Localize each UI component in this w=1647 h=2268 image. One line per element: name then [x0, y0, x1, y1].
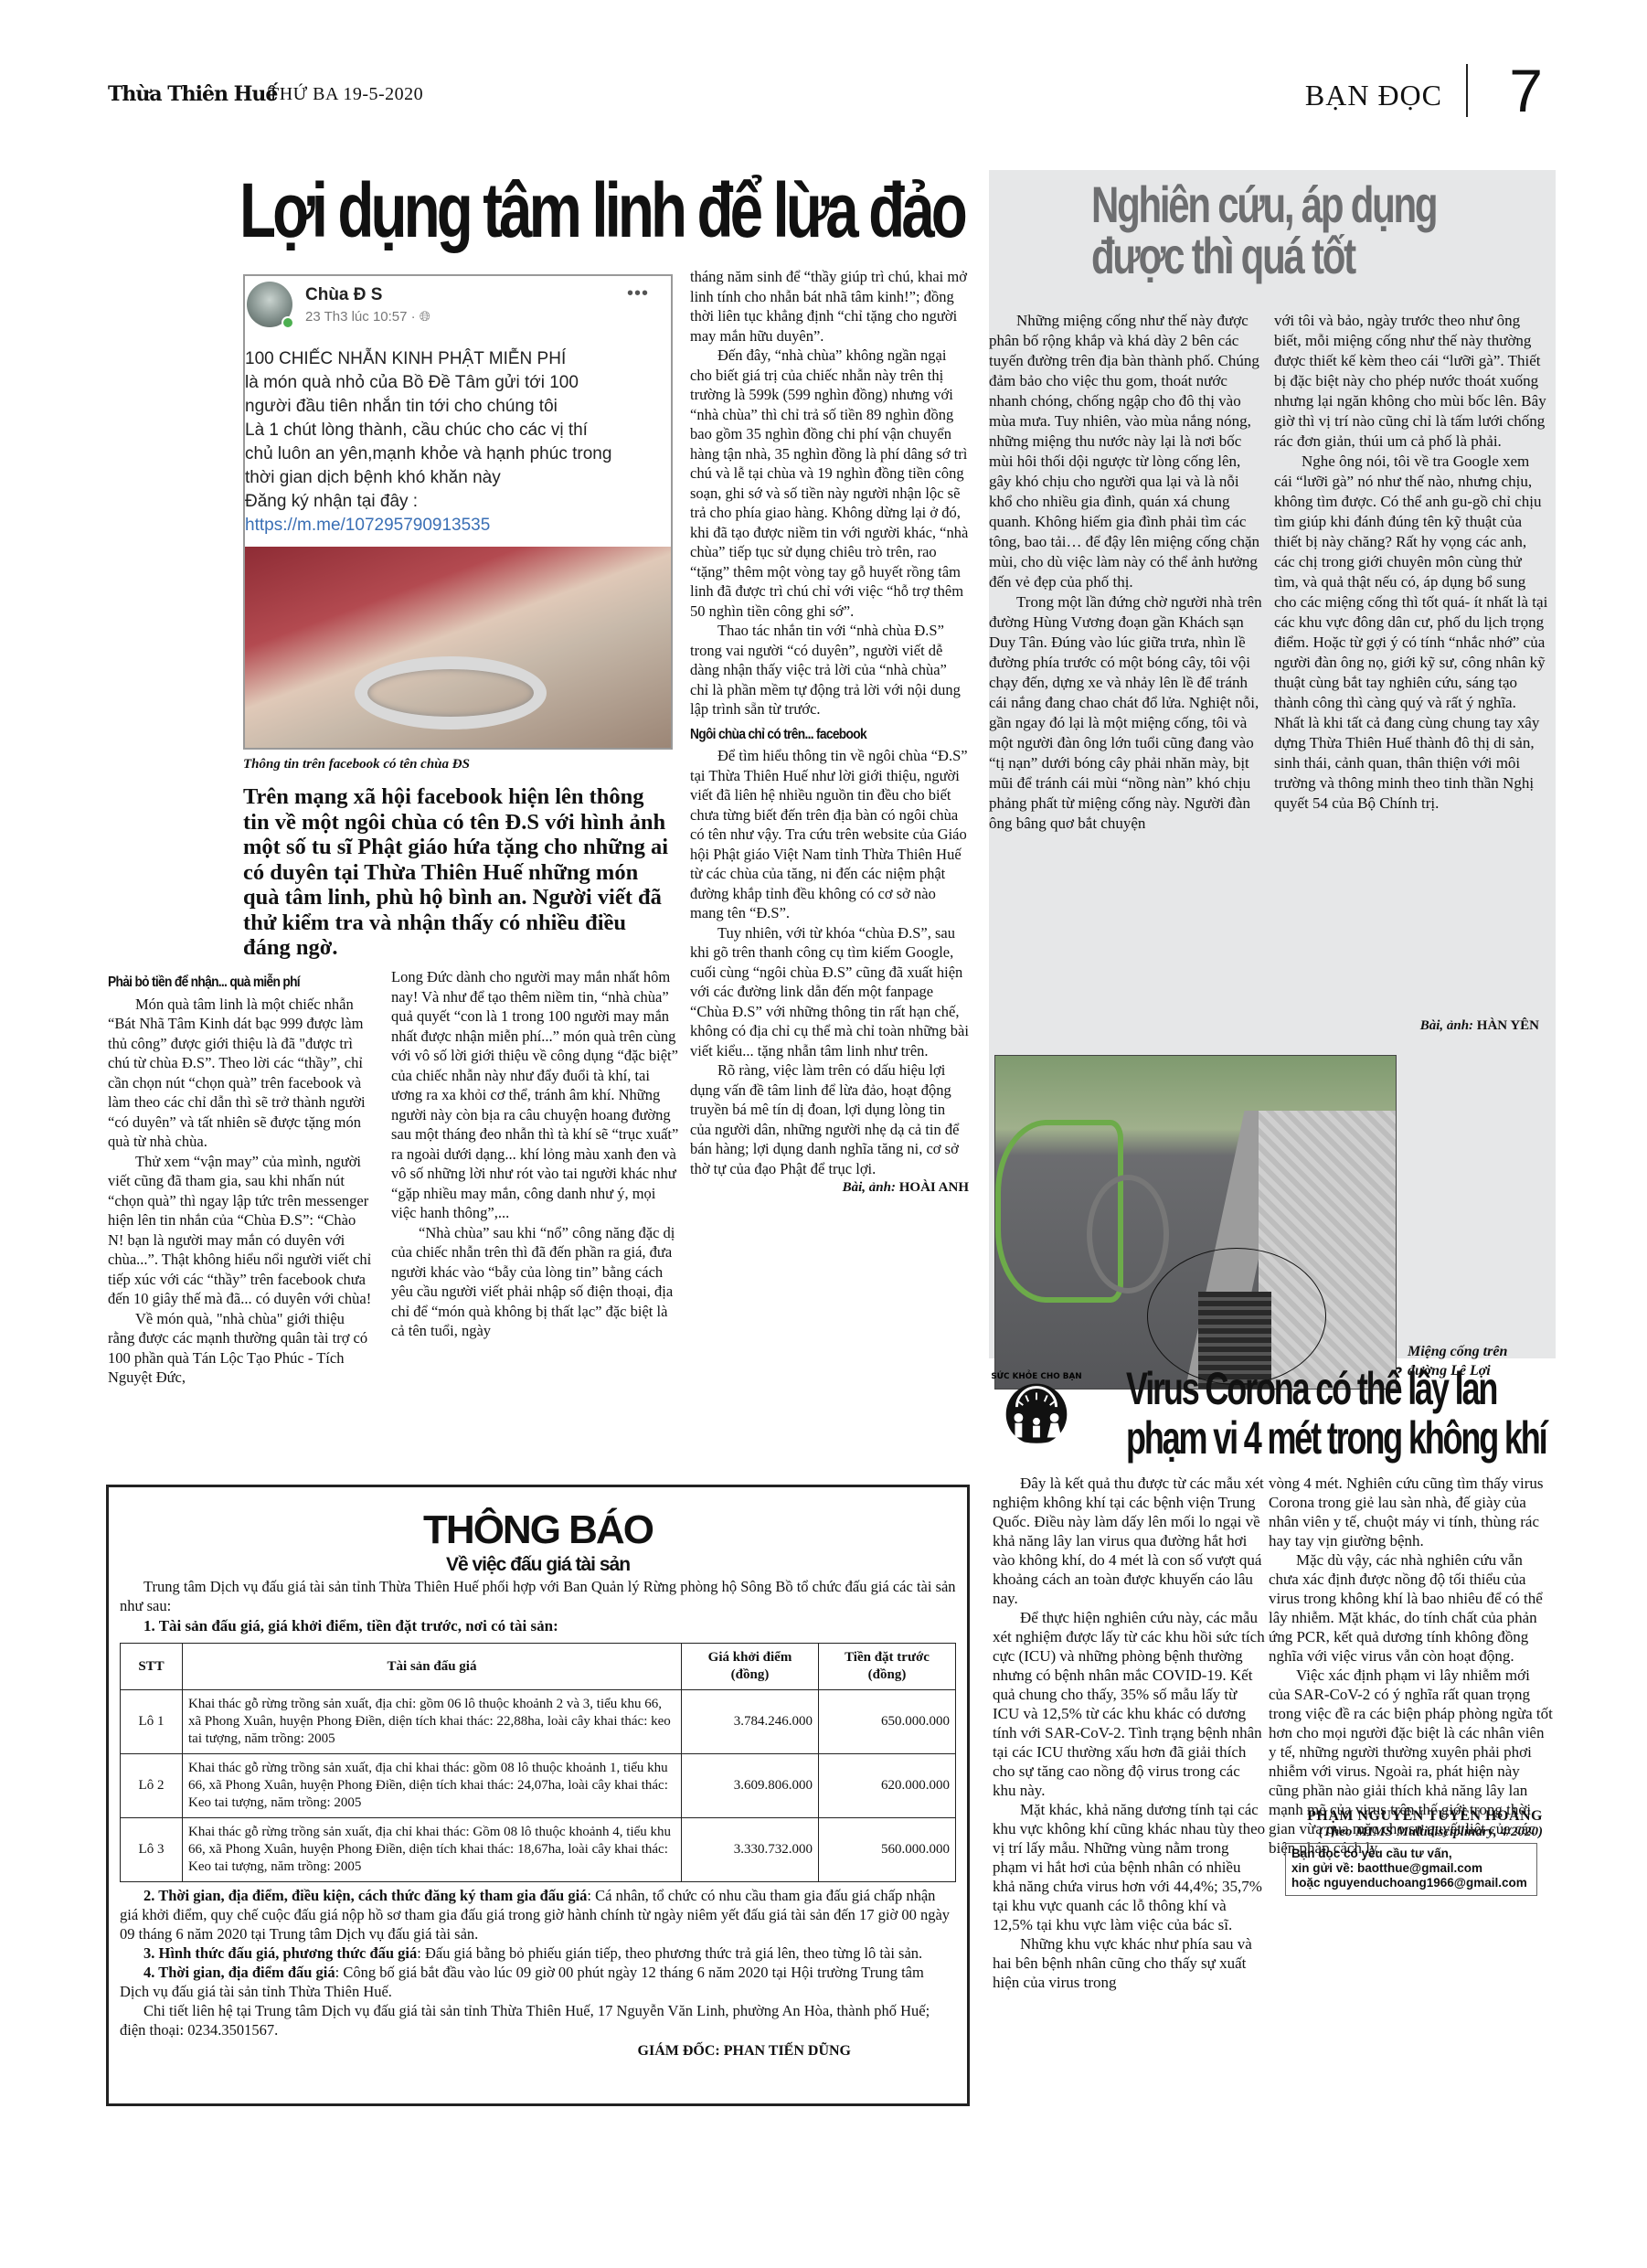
consult-line: hoặc nguyenduchoang1966@gmail.com: [1291, 1876, 1531, 1890]
street-drain-photo: [994, 1055, 1397, 1390]
paragraph: Để thực hiện nghiên cứu này, các mẫu xét…: [993, 1608, 1267, 1800]
issue-date: THỨ BA 19-5-2020: [268, 84, 423, 105]
ring-photo: [245, 547, 673, 750]
paragraph: Đây là kết quả thu được từ các mẫu xét n…: [993, 1474, 1267, 1608]
paragraph: Để tìm hiểu thông tin về ngôi chùa “Đ.S”…: [690, 746, 969, 923]
page-number: 7: [1509, 60, 1543, 121]
silver-ring-image: [355, 656, 547, 729]
table-header-row: STT Tài sản đấu giá Giá khởi điểm (đồng)…: [121, 1644, 956, 1690]
article-source: (Theo MIMS Multidisciplinary, 4/2020): [1269, 1825, 1543, 1840]
column-header: Tiền đặt trước (đồng): [819, 1644, 956, 1690]
globe-icon: 🌐︎: [420, 309, 430, 325]
email-link[interactable]: baotthue@gmail.com: [1357, 1861, 1482, 1875]
photo-caption: Thông tin trên facebook có tên chùa ĐS: [243, 757, 470, 772]
table-row: Lô 2 Khai thác gỗ rừng trồng sản xuất, đ…: [121, 1754, 956, 1818]
paragraph: Rõ ràng, việc làm trên có dấu hiệu lợi d…: [690, 1060, 969, 1178]
paragraph: Thử xem “vận may” của mình, người viết c…: [108, 1152, 373, 1309]
article1-column-c: tháng năm sinh để “thầy giúp trì chú, kh…: [690, 267, 969, 1198]
article2-column-2: với tôi và bảo, ngày trước theo như ông …: [1274, 311, 1548, 814]
more-options-icon: •••: [627, 283, 649, 304]
subheading: Ngôi chùa chỉ có trên... facebook: [690, 725, 930, 745]
article3-author: PHẠM NGUYÊN TUYÊN HOÀNG (Theo MIMS Multi…: [1269, 1808, 1543, 1840]
fb-post-line: người đầu tiên nhắn tin tới cho chúng tô…: [245, 395, 665, 419]
subheading: Phải bỏ tiền để nhận... quà miễn phí: [108, 973, 335, 993]
fb-page-name: Chùa Đ S: [305, 285, 382, 305]
paragraph: Mặc dù vậy, các nhà nghiên cứu vẫn chưa …: [1269, 1550, 1554, 1666]
paragraph: Về món quà, "nhà chùa" giới thiệu rằng đ…: [108, 1309, 373, 1388]
table-row: Lô 1 Khai thác gỗ rừng trồng sản xuất, đ…: [121, 1690, 956, 1754]
notice-section-3: 3. Hình thức đấu giá, phương thức đấu gi…: [120, 1943, 956, 1963]
fb-post-line: Đăng ký nhận tại đây :: [245, 490, 665, 514]
paragraph: Những miệng cống như thế này được phân b…: [989, 311, 1263, 592]
column-header: STT: [121, 1644, 183, 1690]
paragraph: Những khu vực khác như phía sau và hai b…: [993, 1934, 1267, 1992]
article3-headline: Virus Corona có thể lây lanphạm vi 4 mét…: [1126, 1364, 1455, 1463]
notice-subtitle: Về việc đấu giá tài sản: [120, 1553, 956, 1577]
health-column-logo-icon: SỨC KHỎE CHO BẠN: [992, 1367, 1081, 1458]
fb-post-line: chủ luôn an yên,mạnh khỏe và hạnh phúc t…: [245, 442, 665, 466]
paper-name: Thừa Thiên Huế: [108, 82, 277, 106]
paragraph: Nghe ông nói, tôi về tra Google xem cái …: [1274, 452, 1548, 814]
paragraph: Trong một lần đứng chờ người nhà trên đư…: [989, 592, 1263, 834]
paragraph: Tuy nhiên, với từ khóa “chùa Đ.S”, sau k…: [690, 923, 969, 1061]
fb-post-timestamp: 23 Th3 lúc 10:57 · 🌐︎: [305, 309, 430, 325]
notice-title: THÔNG BÁO: [120, 1507, 956, 1553]
article2-box: Nghiên cứu, áp dụngđược thì quá tốt Nhữn…: [989, 170, 1556, 1358]
article3-column-2: vòng 4 mét. Nghiên cứu cũng tìm thấy vir…: [1269, 1474, 1554, 1858]
paragraph: Mặt khác, khả năng dương tính tại các kh…: [993, 1800, 1267, 1934]
auction-table: STT Tài sản đấu giá Giá khởi điểm (đồng)…: [120, 1643, 956, 1882]
fb-post-line: 100 CHIẾC NHẪN KINH PHẬT MIỄN PHÍ: [245, 347, 665, 371]
notice-contact: Chi tiết liên hệ tại Trung tâm Dịch vụ đ…: [120, 2001, 956, 2039]
fb-post-body: 100 CHIẾC NHẪN KINH PHẬT MIỄN PHÍ là món…: [245, 347, 665, 538]
fb-post-line: là món quà nhỏ của Bồ Đề Tâm gửi tới 100: [245, 371, 665, 395]
notice-signer: GIÁM ĐỐC: PHAN TIẾN DŨNG: [120, 2043, 956, 2060]
notice-section-1: 1. Tài sản đấu giá, giá khởi điểm, tiền …: [120, 1615, 956, 1637]
notice-section-2: 2. Thời gian, địa điểm, điều kiện, cách …: [120, 1886, 956, 1943]
paragraph: tháng năm sinh để “thầy giúp trì chú, kh…: [690, 267, 969, 346]
article1-sapo: Trên mạng xã hội facebook hiện lên thông…: [243, 784, 673, 961]
fb-post-line: Là 1 chút lòng thành, cầu chúc cho các v…: [245, 419, 665, 442]
paragraph: Món quà tâm linh là một chiếc nhẫn “Bát …: [108, 995, 373, 1152]
fb-post-link: https://m.me/107295790913535: [245, 514, 665, 538]
consult-box: Bạn đọc có yêu cầu tư vấn, xin gửi về: b…: [1285, 1843, 1537, 1896]
consult-line: xin gửi về: baotthue@gmail.com: [1291, 1861, 1531, 1876]
article2-headline: Nghiên cứu, áp dụngđược thì quá tốt: [1091, 179, 1448, 282]
article2-column-1: Những miệng cống như thế này được phân b…: [989, 311, 1263, 834]
masthead-divider: [1466, 64, 1468, 117]
paragraph: với tôi và bảo, ngày trước theo như ông …: [1274, 311, 1548, 452]
svg-text:SỨC KHỎE CHO BẠN: SỨC KHỎE CHO BẠN: [992, 1369, 1081, 1381]
paragraph: vòng 4 mét. Nghiên cứu cũng tìm thấy vir…: [1269, 1474, 1554, 1550]
article1-column-a: Phải bỏ tiền để nhận... quà miễn phí Món…: [108, 967, 373, 1388]
table-row: Lô 3 Khai thác gỗ rừng trồng sản xuất, đ…: [121, 1818, 956, 1882]
auction-notice: THÔNG BÁO Về việc đấu giá tài sản Trung …: [106, 1485, 970, 2106]
author-name: PHẠM NGUYÊN TUYÊN HOÀNG: [1269, 1808, 1543, 1825]
article1-column-b: Long Đức dành cho người may mắn nhất hôm…: [378, 967, 680, 1341]
paragraph: Đến đây, “nhà chùa” không ngần ngại cho …: [690, 346, 969, 621]
article1-headline: Lợi dụng tâm linh để lừa đảo: [239, 165, 810, 256]
facebook-post-screenshot: Chùa Đ S 23 Th3 lúc 10:57 · 🌐︎ ••• 100 C…: [243, 274, 673, 750]
cyclo-wheel-image: [1087, 1175, 1169, 1294]
email-link[interactable]: nguyenduchoang1966@gmail.com: [1323, 1876, 1526, 1890]
consult-line: Bạn đọc có yêu cầu tư vấn,: [1291, 1847, 1531, 1861]
column-header: Tài sản đấu giá: [183, 1644, 682, 1690]
paragraph: Thao tác nhắn tin với “nhà chùa Đ.S” tro…: [690, 621, 969, 719]
article3-column-1: Đây là kết quả thu được từ các mẫu xét n…: [993, 1474, 1267, 1992]
column-header: Giá khởi điểm (đồng): [682, 1644, 819, 1690]
online-status-icon: [282, 316, 294, 329]
notice-intro: Trung tâm Dịch vụ đấu giá tài sản tỉnh T…: [120, 1577, 956, 1615]
paragraph: “Nhà chùa” sau khi “nổ” công năng đặc dị…: [391, 1223, 680, 1341]
notice-section-4: 4. Thời gian, địa điểm đấu giá: Công bố …: [120, 1963, 956, 2001]
article2-byline: Bài, ảnh: HÀN YÊN: [1420, 1018, 1539, 1034]
masthead: Thừa Thiên Huế THỨ BA 19-5-2020 BẠN ĐỌC …: [108, 64, 1543, 119]
fb-post-line: thời gian dịch bệnh khó khăn này: [245, 466, 665, 490]
article1-byline: Bài, ảnh: HOÀI ANH: [690, 1178, 969, 1198]
section-name: BẠN ĐỌC: [1305, 79, 1442, 112]
paragraph: Long Đức dành cho người may mắn nhất hôm…: [391, 967, 680, 1223]
